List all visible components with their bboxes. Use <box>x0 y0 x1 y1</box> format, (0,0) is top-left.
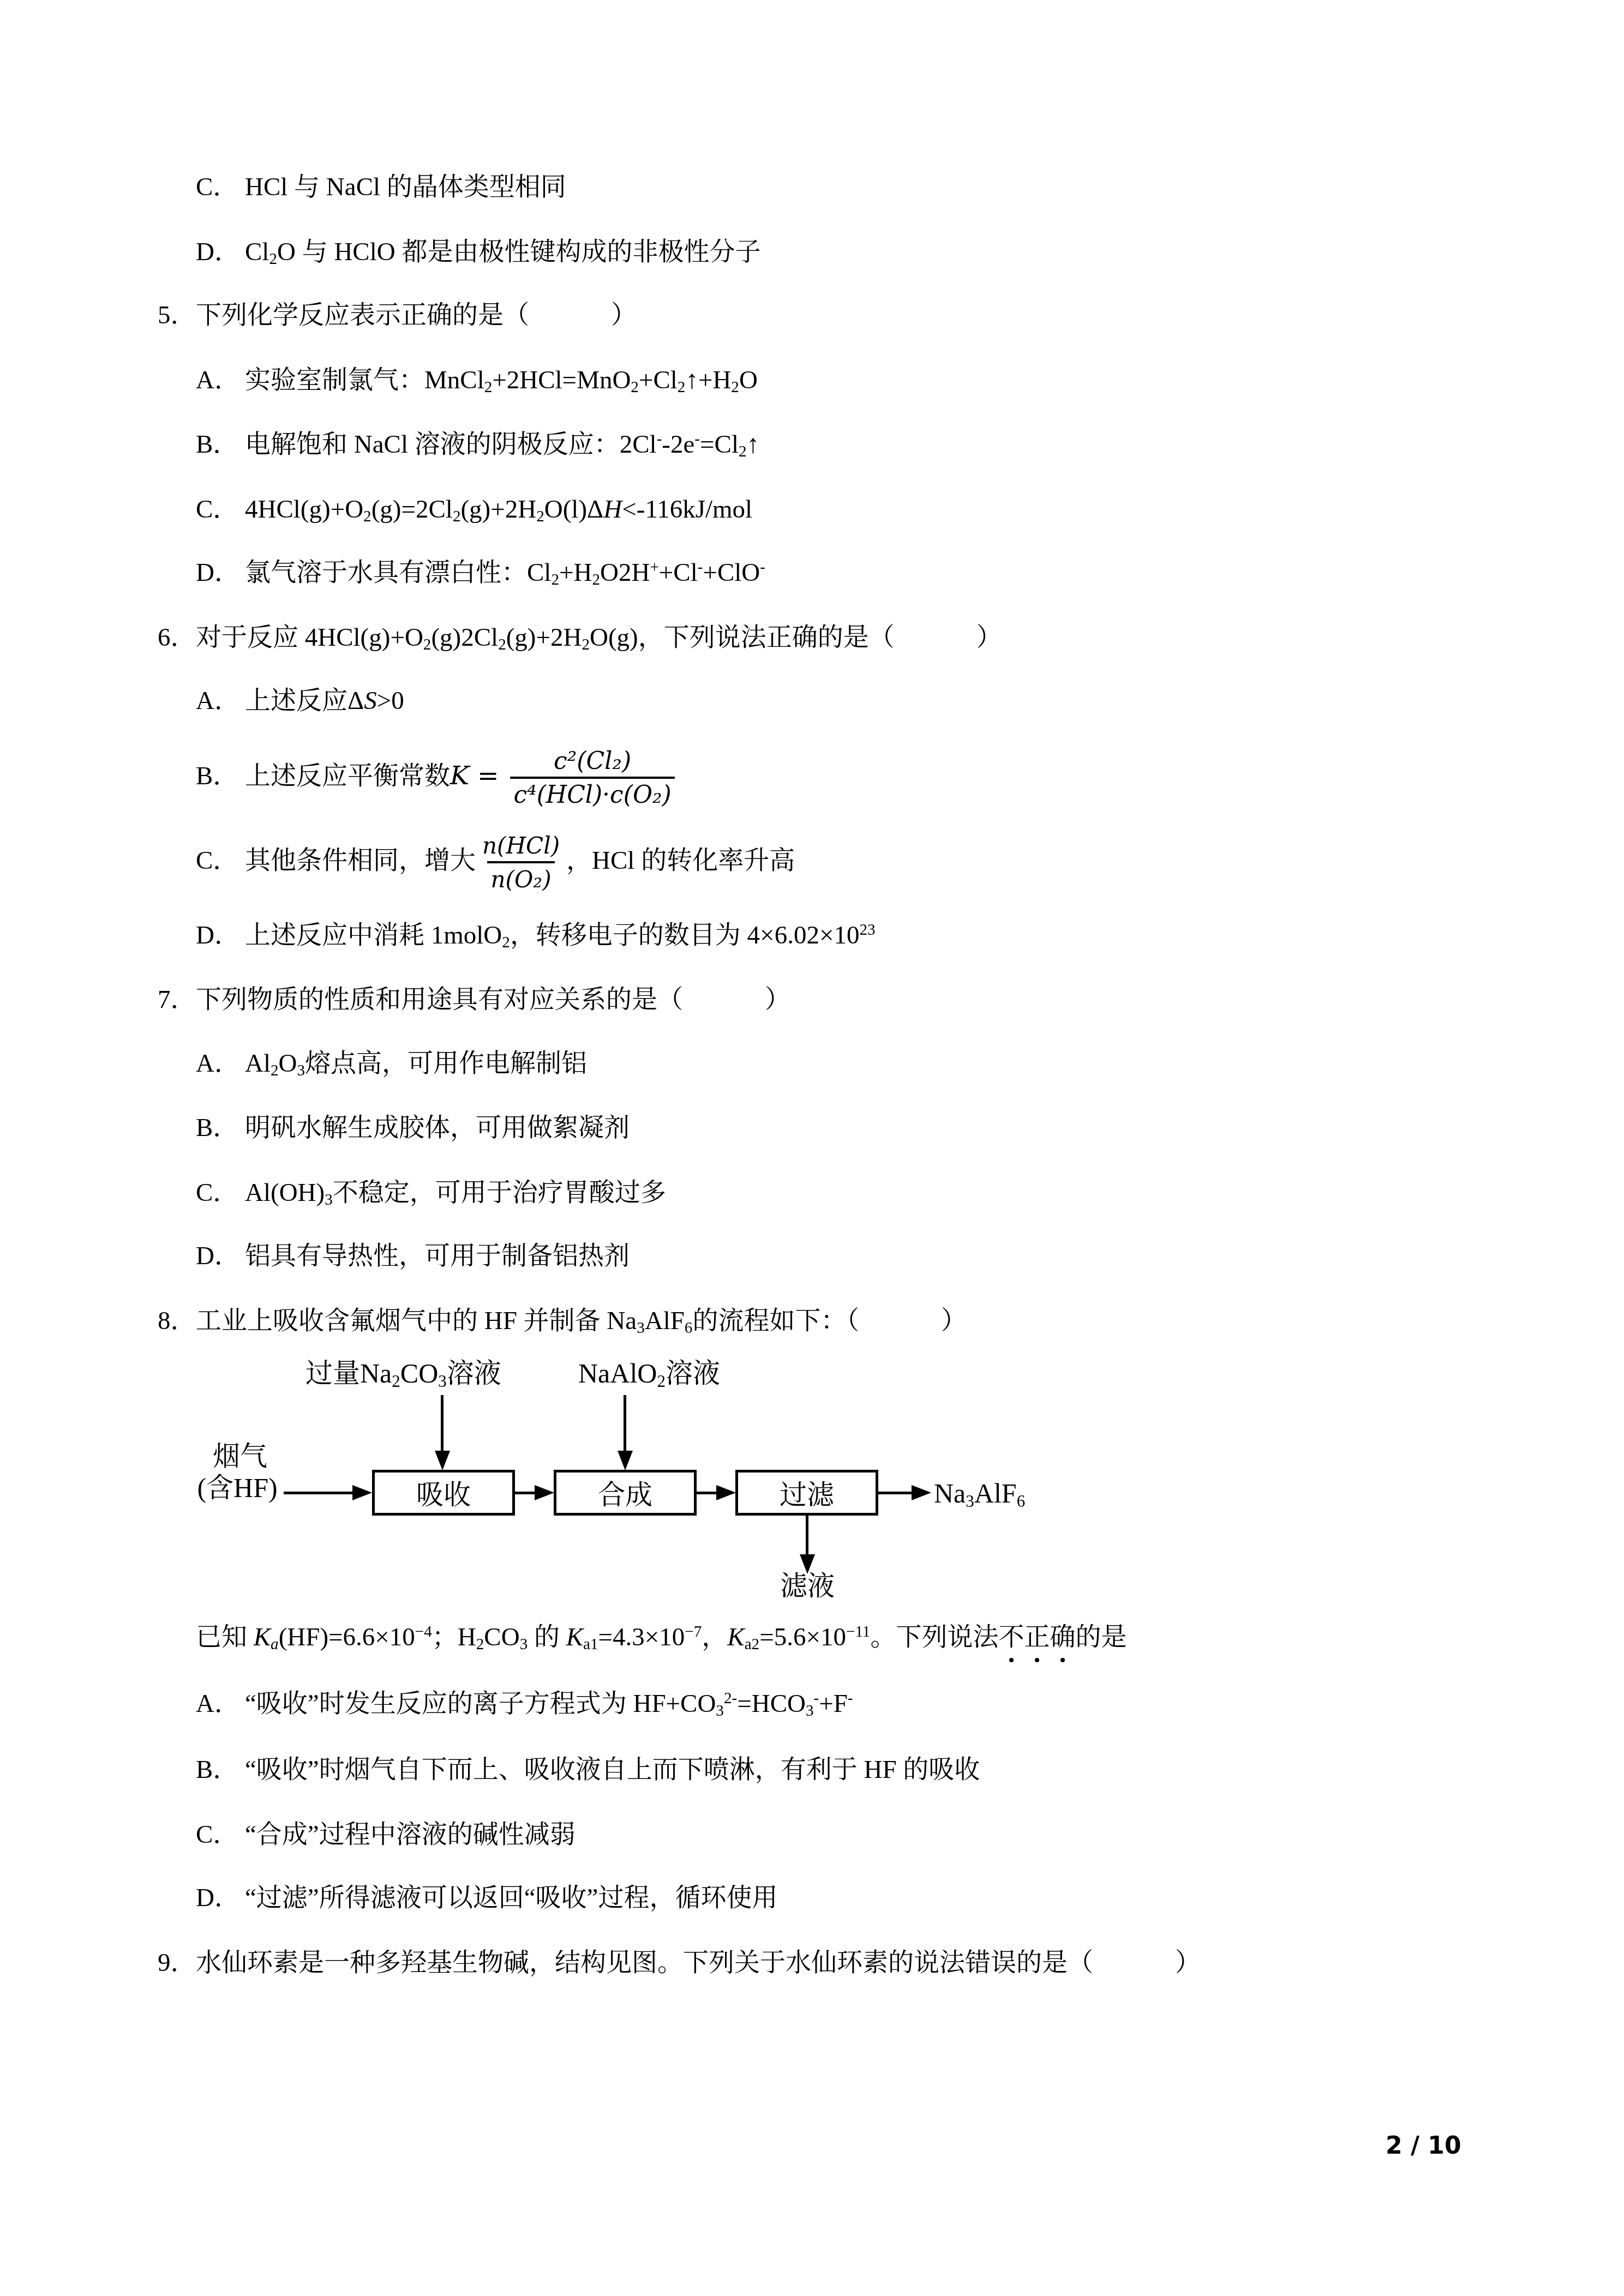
output-label-cryolite: Na3AlF6 <box>934 1478 1025 1508</box>
question-5-stem: 5．下列化学反应表示正确的是（） <box>158 299 637 332</box>
q8-option-d: D．“过滤”所得滤液可以返回“吸收”过程，循环使用 <box>196 1882 777 1914</box>
q6-option-a: A．上述反应ΔS>0 <box>196 684 404 717</box>
input-label-flue-gas: 烟气 <box>205 1441 275 1471</box>
equilibrium-constant-fraction: c²(Cl₂)c⁴(HCl)·c(O₂) <box>510 747 674 809</box>
arrow-right-icon <box>716 1485 736 1500</box>
process-box-filter: 过滤 <box>735 1470 878 1516</box>
question-8-stem: 8．工业上吸收含氟烟气中的 HF 并制备 Na3AlF6的流程如下：（） <box>158 1305 967 1337</box>
emphasis-char: 正 <box>1024 1621 1050 1654</box>
q5-option-a: A．实验室制氯气：MnCl2+2HCl=MnO2+Cl2↑+H2O <box>196 364 758 396</box>
feed-line-2 <box>624 1395 626 1455</box>
q6-option-d: D．上述反应中消耗 1molO2，转移电子的数目为 4×6.02×1023 <box>196 919 876 952</box>
input-label-sodium-aluminate: NaAlO2溶液 <box>578 1358 720 1389</box>
q4-option-d: D．Cl2O 与 HClO 都是由极性键构成的非极性分子 <box>196 236 760 268</box>
q8-option-a: A．“吸收”时发生反应的离子方程式为 HF+CO32-=HCO3-+F- <box>196 1687 853 1720</box>
emphasis-char: 不 <box>998 1621 1024 1654</box>
input-label-sodium-carbonate: 过量Na2CO3溶液 <box>305 1358 501 1389</box>
filtrate-line <box>806 1516 808 1559</box>
flow-line <box>284 1492 355 1494</box>
question-6-stem: 6．对于反应 4HCl(g)+O2(g)2Cl2(g)+2H2O(g)，下列说法… <box>158 621 1002 654</box>
q8-known-constants: 已知 Ka(HF)=6.6×10−4；H2CO3 的 Ka1=4.3×10−7，… <box>196 1621 1126 1654</box>
q6-option-c: C．其他条件相同，增大n(HCl)n(O₂)，HCl 的转化率升高 <box>196 824 795 898</box>
q4-option-c: C．HCl 与 NaCl 的晶体类型相同 <box>196 171 566 203</box>
q8-option-c: C．“合成”过程中溶液的碱性减弱 <box>196 1818 576 1851</box>
process-box-synthesize: 合成 <box>554 1470 697 1516</box>
q7-option-b: B．明矾水解生成胶体，可用做絮凝剂 <box>196 1111 630 1144</box>
q7-option-a: A．Al2O3熔点高，可用作电解制铝 <box>196 1047 587 1080</box>
arrow-right-icon <box>912 1485 931 1500</box>
q5-option-c: C．4HCl(g)+O2(g)=2Cl2(g)+2H2O(l)ΔH<-116kJ… <box>196 493 752 526</box>
page-number: 2 / 10 <box>1386 2132 1461 2160</box>
flow-line <box>515 1492 537 1494</box>
question-7-stem: 7．下列物质的性质和用途具有对应关系的是（） <box>158 983 790 1016</box>
flow-line <box>697 1492 718 1494</box>
q6-option-b: B．上述反应平衡常数K = c²(Cl₂)c⁴(HCl)·c(O₂) <box>196 739 678 813</box>
arrow-right-icon <box>352 1485 372 1500</box>
process-box-absorb: 吸收 <box>372 1470 515 1516</box>
q8-option-b: B．“吸收”时烟气自下而上、吸收液自上而下喷淋，有利于 HF 的吸收 <box>196 1753 980 1786</box>
flow-line <box>878 1492 914 1494</box>
feed-line-1 <box>441 1395 444 1455</box>
q5-option-b: B．电解饱和 NaCl 溶液的阴极反应：2Cl--2e-=Cl2↑ <box>196 428 759 461</box>
q5-option-d: D．氯气溶于水具有漂白性：Cl2+H2O2H++Cl-+ClO- <box>196 556 765 589</box>
mole-ratio-fraction: n(HCl)n(O₂) <box>479 832 563 894</box>
arrow-down-icon <box>618 1451 633 1470</box>
q7-option-c: C．Al(OH)3不稳定，可用于治疗胃酸过多 <box>196 1176 666 1209</box>
output-label-filtrate: 滤液 <box>780 1571 835 1601</box>
question-9-stem: 9．水仙环素是一种多羟基生物碱，结构见图。下列关于水仙环素的说法错误的是（） <box>158 1946 1201 1979</box>
q7-option-d: D．铝具有导热性，可用于制备铝热剂 <box>196 1240 630 1272</box>
arrow-down-icon <box>435 1451 450 1470</box>
process-flow-diagram: 过量Na2CO3溶液 NaAlO2溶液 烟气 (含HF) 吸收 合成 过滤 Na… <box>180 1347 1162 1609</box>
emphasis-char: 确 <box>1050 1621 1075 1654</box>
arrow-right-icon <box>535 1485 554 1500</box>
input-label-contains-hf: (含HF) <box>191 1472 284 1503</box>
